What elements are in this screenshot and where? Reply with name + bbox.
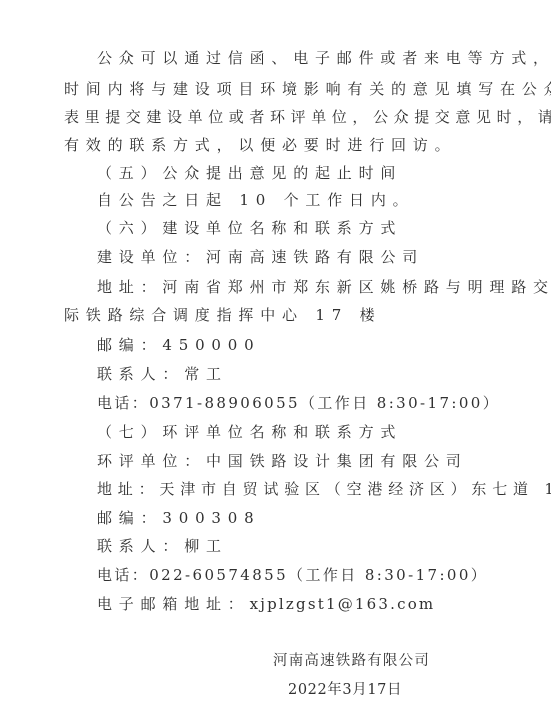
eia-email-address[interactable]: xjplzgst1@163.com — [250, 595, 436, 613]
notice-document: 公众可以通过信函、电子邮件或者来电等方式，在规定 时间内将与建设项目环境影响有关… — [0, 0, 551, 716]
paragraph-line-2: 时间内将与建设项目环境影响有关的意见填写在公众意见 — [64, 79, 551, 99]
section-5-content: 自公告之日起 10 个工作日内。 — [97, 190, 414, 210]
paragraph-line-4: 有效的联系方式，以便必要时进行回访。 — [64, 135, 456, 155]
eia-address: 地址：天津市自贸试验区（空港经济区）东七道 109 号 — [97, 479, 551, 499]
construction-postcode: 邮编：450000 — [97, 335, 260, 355]
construction-unit: 建设单位：河南高速铁路有限公司 — [97, 247, 424, 267]
construction-contact: 联系人：常工 — [97, 364, 228, 384]
eia-contact: 联系人：柳工 — [97, 536, 228, 556]
construction-address-line-2: 际铁路综合调度指挥中心 17 楼 — [64, 305, 381, 325]
section-5-heading: （五）公众提出意见的起止时间 — [97, 163, 402, 183]
eia-unit: 环评单位：中国铁路设计集团有限公司 — [97, 451, 468, 471]
paragraph-line-3: 表里提交建设单位或者环评单位，公众提交意见时，请提供 — [64, 107, 551, 127]
construction-phone: 电话：0371-88906055（工作日 8:30-17:00） — [97, 393, 500, 413]
eia-phone: 电话：022-60574855（工作日 8:30-17:00） — [97, 565, 488, 585]
section-7-heading: （七）环评单位名称和联系方式 — [97, 422, 402, 442]
signature-date: 2022年3月17日 — [288, 680, 402, 700]
eia-email-row: 电子邮箱地址：xjplzgst1@163.com — [97, 594, 435, 614]
section-6-heading: （六）建设单位名称和联系方式 — [97, 218, 402, 238]
eia-email-label: 电子邮箱地址： — [97, 595, 250, 613]
construction-address-line-1: 地址：河南省郑州市郑东新区姚桥路与明理路交叉口城 — [97, 277, 551, 297]
eia-postcode: 邮编：300308 — [97, 508, 260, 528]
paragraph-line-1: 公众可以通过信函、电子邮件或者来电等方式，在规定 — [97, 48, 551, 68]
signature-company: 河南高速铁路有限公司 — [273, 651, 430, 671]
